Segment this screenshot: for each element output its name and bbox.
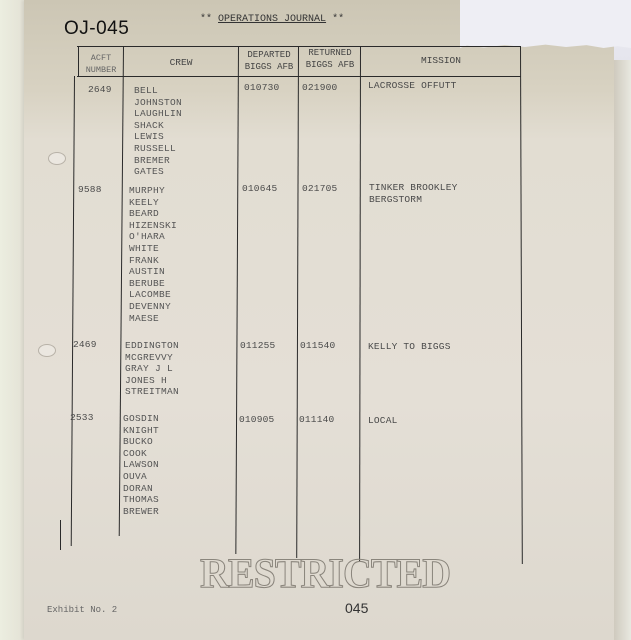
crew-member: BREMER (134, 155, 182, 167)
crew-list: BELL JOHNSTON LAUGHLIN SHACK LEWIS RUSSE… (134, 85, 182, 178)
crew-member: EDDINGTON (125, 340, 179, 352)
crew-member: MURPHY (129, 185, 177, 197)
crew-member: DEVENNY (129, 301, 177, 313)
acft-number: 2533 (70, 412, 94, 424)
crew-member: LAUGHLIN (134, 108, 182, 120)
page-title: ** OPERATIONS JOURNAL ** (200, 14, 344, 25)
returned-time: 021705 (302, 183, 337, 195)
acft-number: 2469 (73, 339, 97, 351)
crew-member: GOSDIN (123, 413, 159, 425)
crew-member: MAESE (129, 313, 177, 325)
crew-member: BEARD (129, 208, 177, 220)
crew-list: GOSDIN KNIGHT BUCKO COOK LAWSON OUVA DOR… (123, 413, 159, 517)
header-text: ACFT (79, 52, 123, 64)
header-crew: CREW (124, 57, 238, 69)
crew-list: EDDINGTON MCGREVVY GRAY J L JONES H STRE… (125, 340, 179, 398)
title-text: OPERATIONS JOURNAL (218, 14, 326, 25)
crew-member: JOHNSTON (134, 97, 182, 109)
crew-member: BERUBE (129, 278, 177, 290)
crew-member: LACOMBE (129, 289, 177, 301)
crew-member: BELL (134, 85, 182, 97)
crew-member: LAWSON (123, 459, 159, 471)
header-text: RETURNED (299, 47, 361, 59)
crew-member: KNIGHT (123, 425, 159, 437)
crew-member: MCGREVVY (125, 352, 179, 364)
mission-text: TINKER BROOKLEY (369, 182, 458, 194)
page-edge-shadow (614, 60, 631, 640)
crew-member: THOMAS (123, 494, 159, 506)
crew-member: HIZENSKI (129, 220, 177, 232)
departed-time: 011255 (240, 340, 275, 352)
header-mission: MISSION (361, 55, 521, 67)
crew-member: O'HARA (129, 231, 177, 243)
page-number: 045 (345, 600, 368, 616)
returned-time: 011540 (300, 340, 335, 352)
crew-member: LEWIS (134, 131, 182, 143)
departed-time: 010905 (239, 414, 274, 426)
mission-text: BERGSTORM (369, 194, 422, 206)
departed-time: 010645 (242, 183, 277, 195)
header-text: NUMBER (79, 64, 123, 76)
header-text: BIGGS AFB (299, 59, 361, 71)
crew-member: GATES (134, 166, 182, 178)
crew-member: JONES H (125, 375, 179, 387)
crew-member: FRANK (129, 255, 177, 267)
crew-member: BREWER (123, 506, 159, 518)
mission-text: LOCAL (368, 415, 398, 427)
crew-member: COOK (123, 448, 159, 460)
header-bottom-border (77, 76, 521, 77)
header-acft-number: ACFT NUMBER (79, 52, 123, 76)
title-prefix: ** (200, 14, 212, 25)
mission-text: KELLY TO BIGGS (368, 341, 451, 353)
header-text: DEPARTED (239, 49, 299, 61)
column-divider (60, 520, 61, 550)
crew-list: MURPHY KEELY BEARD HIZENSKI O'HARA WHITE… (129, 185, 177, 324)
crew-member: WHITE (129, 243, 177, 255)
acft-number: 2649 (88, 84, 112, 96)
returned-time: 021900 (302, 82, 337, 94)
exhibit-label: Exhibit No. 2 (47, 605, 117, 615)
crew-member: KEELY (129, 197, 177, 209)
crew-member: BUCKO (123, 436, 159, 448)
header-departed: DEPARTED BIGGS AFB (239, 49, 299, 73)
document-id-label: OJ-045 (64, 18, 129, 40)
crew-member: STREITMAN (125, 386, 179, 398)
title-suffix: ** (332, 14, 344, 25)
torn-page-edge (460, 0, 631, 48)
header-text: BIGGS AFB (239, 61, 299, 73)
header-returned: RETURNED BIGGS AFB (299, 47, 361, 71)
crew-member: OUVA (123, 471, 159, 483)
crew-member: GRAY J L (125, 363, 179, 375)
restricted-stamp: RESTRICTED (200, 549, 450, 598)
crew-member: DORAN (123, 483, 159, 495)
punch-hole (38, 344, 56, 357)
crew-member: SHACK (134, 120, 182, 132)
mission-text: LACROSSE OFFUTT (368, 80, 457, 92)
document-page (24, 0, 614, 640)
acft-number: 9588 (78, 184, 102, 196)
crew-member: AUSTIN (129, 266, 177, 278)
punch-hole (48, 152, 66, 165)
crew-member: RUSSELL (134, 143, 182, 155)
returned-time: 011140 (299, 414, 334, 426)
departed-time: 010730 (244, 82, 279, 94)
